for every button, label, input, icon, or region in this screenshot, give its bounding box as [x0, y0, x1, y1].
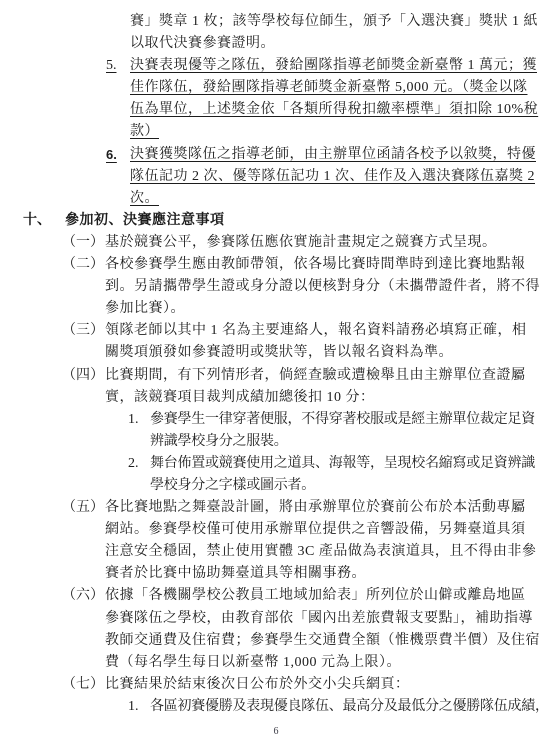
doc-line-text: 關獎項頒發如參賽證明或獎狀等，皆以報名資料為準。: [105, 345, 453, 360]
doc-line-text: 賽」獎章 1 枚；該等學校每位師生，頒予「入選決賽」獎狀 1 紙: [130, 14, 538, 29]
doc-line: （五）各比賽地點之舞臺設計圖，將由承辦單位於賽前公布於本活動專屬: [0, 497, 560, 519]
doc-line: 5.決賽表現優等之隊伍，發給團隊指導老師獎金新臺幣 1 萬元；獲: [0, 55, 560, 77]
doc-line: （二）各校參賽學生應由教師帶領，依各場比賽時間準時到達比賽地點報: [0, 254, 560, 276]
doc-line-text: 到。另請攜帶學生證或身分證以便核對身分（未攜帶證件者，將不得: [105, 279, 540, 294]
doc-line: （七）比賽結果於結束後次日公布於外交小尖兵網頁：: [0, 674, 560, 696]
doc-line-text: 領隊老師以其中 1 名為主要連絡人，報名資料請務必填寫正確，相: [105, 323, 527, 338]
doc-line: 學校身分之字樣或圖示者。: [0, 475, 560, 497]
doc-line: 賽者於比賽中協助舞臺道具等相關事務。: [0, 563, 560, 585]
list-marker: 2.: [128, 453, 139, 475]
doc-line-text: 比賽期間，有下列情形者，倘經查驗或遭檢舉且由主辦單位查證屬: [105, 368, 526, 383]
doc-line: （三）領隊老師以其中 1 名為主要連絡人，報名資料請務必填寫正確，相: [0, 320, 560, 342]
doc-line: 1.參賽學生一律穿著便服，不得穿著校服或是經主辦單位裁定足資: [0, 409, 560, 431]
doc-line-text: 各比賽地點之舞臺設計圖，將由承辦單位於賽前公布於本活動專屬: [105, 500, 526, 515]
doc-line: 費（每名學生每日以新臺幣 1,000 元為上限）。: [0, 652, 560, 674]
doc-line-text: 款）: [130, 124, 159, 139]
doc-line: 到。另請攜帶學生證或身分證以便核對身分（未攜帶證件者，將不得: [0, 276, 560, 298]
doc-line: 網站。參賽學校僅可使用承辦單位提供之音響設備，另舞臺道具須: [0, 519, 560, 541]
doc-line-text: 比賽結果於結束後次日公布於外交小尖兵網頁：: [105, 677, 410, 692]
doc-line-text: 舞台佈置或競賽使用之道具、海報等，呈現校名縮寫或足資辨識: [150, 456, 535, 471]
doc-line: 款）: [0, 121, 560, 143]
doc-line: 6.決賽獲獎隊伍之指導老師，由主辦單位函請各校予以敘獎，特優: [0, 144, 560, 166]
doc-line-text: 賽者於比賽中協助舞臺道具等相關事務。: [105, 566, 366, 581]
doc-line-text: 參賽隊伍之學校，由教育部依「國內出差旅費報支要點」，補助指導: [105, 611, 533, 626]
doc-line: 參賽隊伍之學校，由教育部依「國內出差旅費報支要點」，補助指導: [0, 608, 560, 630]
list-marker: 1.: [128, 409, 139, 431]
doc-line-text: 費（每名學生每日以新臺幣 1,000 元為上限）。: [105, 655, 401, 670]
doc-line: 1.各區初賽優勝及表現優良隊伍、最高分及最低分之優勝隊伍成績，: [0, 696, 560, 718]
page-number: 6: [0, 726, 552, 737]
doc-line-text: 學校身分之字樣或圖示者。: [150, 478, 315, 493]
list-marker: （一）: [62, 232, 104, 254]
doc-line: （一）基於競賽公平，參賽隊伍應依實施計畫規定之競賽方式呈現。: [0, 232, 560, 254]
doc-line-text: 參加比賽）。: [105, 301, 185, 316]
doc-line: 注意安全穩固，禁止使用實體 3C 產品做為表演道具，且不得由非參: [0, 541, 560, 563]
doc-line-text: 注意安全穩固，禁止使用實體 3C 產品做為表演道具，且不得由非參: [105, 544, 536, 559]
doc-line: 2.舞台佈置或競賽使用之道具、海報等，呈現校名縮寫或足資辨識: [0, 453, 560, 475]
doc-line-text: 基於競賽公平，參賽隊伍應依實施計畫規定之競賽方式呈現。: [105, 235, 497, 250]
doc-line: 次。: [0, 188, 560, 210]
doc-line-text: 以取代決賽參賽證明。: [130, 36, 275, 51]
doc-line-text: 次。: [130, 191, 159, 206]
doc-line: 伍為單位，上述獎金依「各類所得稅扣繳率標準」須扣除 10%稅: [0, 99, 560, 121]
doc-line-text: 伍為單位，上述獎金依「各類所得稅扣繳率標準」須扣除 10%稅: [130, 102, 538, 117]
doc-line: （四）比賽期間，有下列情形者，倘經查驗或遭檢舉且由主辦單位查證屬: [0, 365, 560, 387]
doc-line-text: 辨識學校身分之服裝。: [150, 434, 288, 449]
list-marker: （二）: [62, 254, 104, 276]
doc-line: 辨識學校身分之服裝。: [0, 431, 560, 453]
doc-line: （六）依據「各機關學校公教員工地域加給表」所列位於山僻或離島地區: [0, 585, 560, 607]
doc-line: 參加比賽）。: [0, 298, 560, 320]
doc-line-text: 各校參賽學生應由教師帶領，依各場比賽時間準時到達比賽地點報: [105, 257, 526, 272]
doc-line-text: 依據「各機關學校公教員工地域加給表」所列位於山僻或離島地區: [105, 588, 526, 603]
doc-line: 教師交通費及住宿費；參賽學生交通費全額（惟機票費半價）及住宿: [0, 630, 560, 652]
doc-line-text: 參賽學生一律穿著便服，不得穿著校服或是經主辦單位裁定足資: [150, 412, 535, 427]
doc-line: 隊伍記功 2 次、優等隊伍記功 1 次、佳作及入選決賽隊伍嘉獎 2: [0, 166, 560, 188]
doc-line-text: 網站。參賽學校僅可使用承辦單位提供之音響設備，另舞臺道具須: [105, 522, 526, 537]
section-heading-text: 參加初、決賽應注意事項: [65, 213, 225, 228]
doc-line: 實，該競賽項目裁判成績加總後扣 10 分：: [0, 387, 560, 409]
list-marker: （五）: [62, 497, 104, 519]
section-number: 十、: [23, 210, 51, 232]
section-heading: 十、參加初、決賽應注意事項: [0, 210, 560, 232]
list-marker: （四）: [62, 365, 104, 387]
doc-line-text: 佳作隊伍，發給團隊指導老師獎金新臺幣 5,000 元。（獎金以隊: [130, 80, 528, 95]
list-marker: 1.: [128, 696, 139, 718]
list-marker: （七）: [62, 674, 104, 696]
list-marker: 5.: [106, 55, 117, 77]
doc-line: 以取代決賽參賽證明。: [0, 33, 560, 55]
doc-line-text: 決賽表現優等之隊伍，發給團隊指導老師獎金新臺幣 1 萬元；獲: [130, 58, 537, 73]
doc-line-text: 決賽獲獎隊伍之指導老師，由主辦單位函請各校予以敘獎，特優: [130, 147, 536, 162]
doc-line-text: 實，該競賽項目裁判成績加總後扣 10 分：: [105, 390, 375, 405]
list-marker: 6.: [106, 144, 117, 166]
doc-line-text: 各區初賽優勝及表現優良隊伍、最高分及最低分之優勝隊伍成績，: [150, 699, 549, 714]
list-marker: （三）: [62, 320, 104, 342]
document-page: 賽」獎章 1 枚；該等學校每位師生，頒予「入選決賽」獎狀 1 紙 以取代決賽參賽…: [0, 0, 560, 756]
doc-line: 關獎項頒發如參賽證明或獎狀等，皆以報名資料為準。: [0, 342, 560, 364]
doc-line: 賽」獎章 1 枚；該等學校每位師生，頒予「入選決賽」獎狀 1 紙: [0, 11, 560, 33]
doc-line-text: 隊伍記功 2 次、優等隊伍記功 1 次、佳作及入選決賽隊伍嘉獎 2: [130, 169, 535, 184]
list-marker: （六）: [62, 585, 104, 607]
doc-line: 佳作隊伍，發給團隊指導老師獎金新臺幣 5,000 元。（獎金以隊: [0, 77, 560, 99]
doc-line-text: 教師交通費及住宿費；參賽學生交通費全額（惟機票費半價）及住宿: [105, 633, 540, 648]
